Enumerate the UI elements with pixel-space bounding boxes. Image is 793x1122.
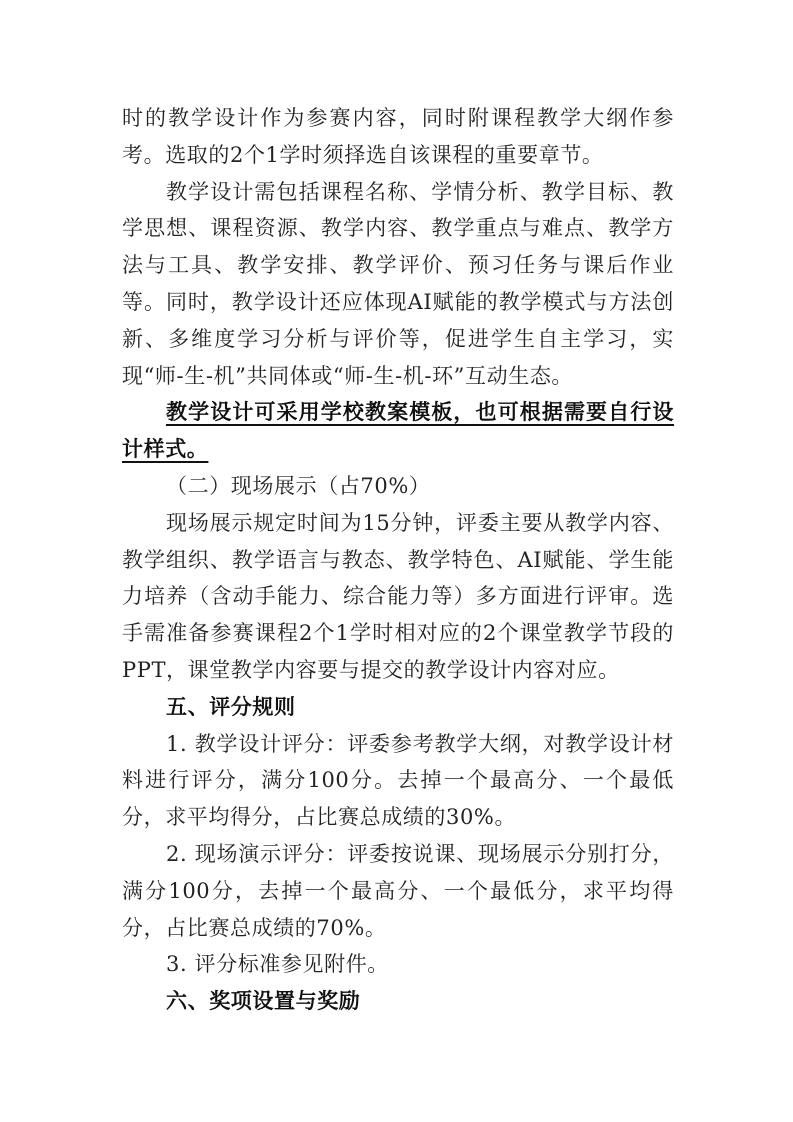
section-heading-scoring-rules: 五、评分规则 (122, 689, 674, 726)
paragraph-design-requirements: 教学设计需包括课程名称、学情分析、教学目标、教学思想、课程资源、教学内容、教学重… (122, 174, 674, 395)
document-page: 时的教学设计作为参赛内容，同时附课程教学大纲作参考。选取的2个1学时须择选自该课… (122, 100, 674, 1020)
section-heading-live-presentation: （二）现场展示（占70%） (122, 468, 674, 505)
paragraph-scoring-criteria: 3. 评分标准参见附件。 (122, 946, 674, 983)
paragraph-course-content: 时的教学设计作为参赛内容，同时附课程教学大纲作参考。选取的2个1学时须择选自该课… (122, 100, 674, 174)
paragraph-scoring-live: 2. 现场演示评分：评委按说课、现场展示分别打分，满分100分，去掉一个最高分、… (122, 836, 674, 946)
paragraph-scoring-design: 1. 教学设计评分：评委参考教学大纲，对教学设计材料进行评分，满分100分。去掉… (122, 726, 674, 836)
section-heading-awards: 六、奖项设置与奖励 (122, 983, 674, 1020)
template-note-emphasis: 教学设计可采用学校教案模板，也可根据需要自行设计样式。 (122, 399, 674, 461)
paragraph-live-presentation: 现场展示规定时间为15分钟，评委主要从教学内容、教学组织、教学语言与教态、教学特… (122, 505, 674, 689)
paragraph-template-note: 教学设计可采用学校教案模板，也可根据需要自行设计样式。 (122, 394, 674, 468)
